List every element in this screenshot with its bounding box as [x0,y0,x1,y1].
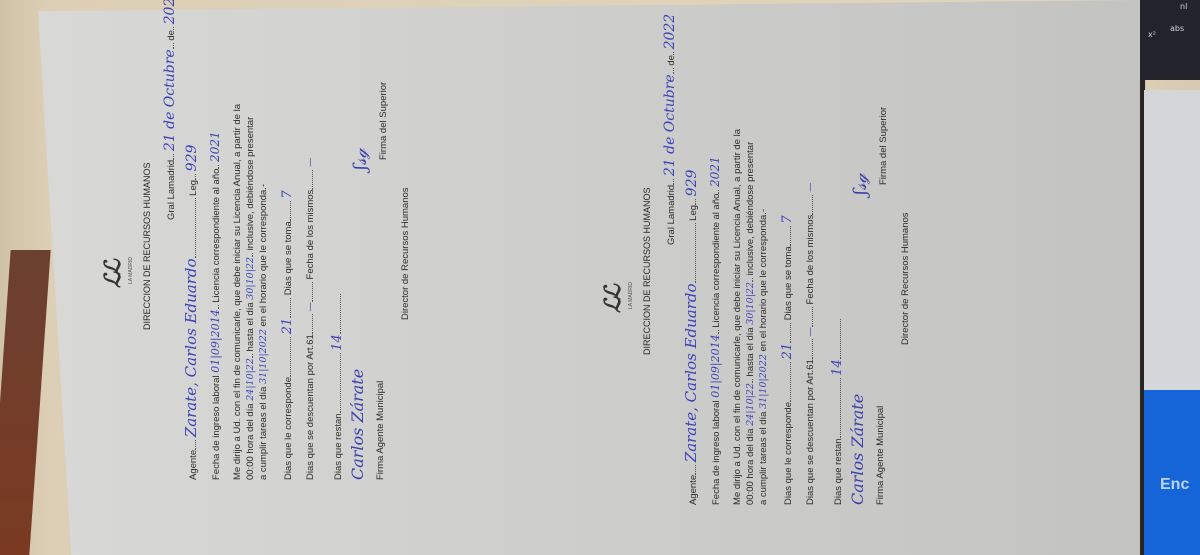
date-value: 21 de Octubre [162,49,178,151]
ingreso-label: Fecha de ingreso laboral [711,400,722,505]
leg-value: 929 [184,145,200,172]
date-line: Gral Lamadrid 21 de Octubre de 2022 [162,0,178,220]
municipal-logo-icon: ℒℒ [600,287,626,313]
dias-corresponde-line: Dias que le corresponde 21 Dias que se t… [780,215,795,505]
firma-superior-label: Firma del Superior [878,107,889,185]
agent-signature: Carlos Zárate [848,394,867,505]
end-date: 30|10|22 [745,282,756,325]
agent-name: Zarate, Carlos Eduardo [682,283,700,462]
ingreso-line: Fecha de ingreso laboral 01|09|2014 Lice… [708,156,722,505]
licencia-label: Licencia correspondiente al año [711,194,722,328]
ingreso-label: Fecha de ingreso laboral [211,375,222,480]
body-line-2: 00:00 hora del día 24|10|22 hasta el día… [745,142,756,505]
year-value: 2022 [162,0,178,24]
licencia-label: Licencia correspondiente al año [211,169,222,303]
form-copy-1: ℒℒ LA MADRID DIRECCION DE RECURSOS HUMAN… [90,50,410,520]
form-header: DIRECCION DE RECURSOS HUMANOS [642,187,652,355]
place-label: Gral Lamadrid [666,185,677,245]
body-text: 00:00 hora del día [745,428,756,505]
agent-label: Agente [188,450,199,480]
device-blue-panel: Enc [1144,390,1200,555]
key-nl: nl [1180,2,1187,11]
ingreso-line: Fecha de ingreso laboral 01|09|2014 Lice… [208,131,222,480]
year-label: de [666,55,677,66]
dias-restan-label: Dias que restan [833,438,844,505]
leg-label: Leg [688,205,699,221]
leg-value: 929 [684,170,700,197]
agent-line: Agente Zarate, Carlos Eduardo Leg 929 [682,170,700,505]
device-keypad: x² abs nl [1140,0,1200,80]
dias-descuentan-value: — [305,302,316,312]
dias-restan-line: Dias que restan 14 [330,294,345,480]
dias-descuentan-line: Dias que se descuentan por Art.61 — Fech… [305,158,316,480]
ingreso-value: 01|09|2014 [209,309,222,372]
dias-descuentan-value: — [805,327,816,337]
dias-corresponde-value: 21 [280,318,295,335]
device-screen-text: Enc [1160,476,1189,494]
return-date: 31|10|2022 [758,354,769,409]
dias-descuentan-line: Dias que se descuentan por Art.61 — Fech… [805,183,816,505]
year-label: de [166,30,177,41]
dias-restan-value: 14 [330,334,345,351]
fecha-mismos-label: Fecha de los mismos [305,190,316,280]
body-text: en el horario que le corresponda.- [758,209,769,352]
fecha-mismos-value: — [805,183,816,193]
superior-signature-icon: ʃ𝓈ℊ [850,174,871,195]
body-text: hasta el día [745,327,756,376]
body-line-3: a cumplir tareas el día 31|10|2022 en el… [758,209,769,505]
superior-signature-icon: ʃ𝓈ℊ [350,149,371,170]
calculator-device: x² abs nl Enc [1140,0,1200,555]
dias-corresponde-label: Dias que le corresponde [283,377,294,480]
director-label: Director de Recursos Humanos [900,212,911,345]
body-text: inclusive, debiéndose presentar [745,142,756,276]
agent-signature: Carlos Zárate [348,369,367,480]
key-abs: abs [1170,24,1184,33]
licencia-year: 2021 [208,131,222,162]
body-text: hasta el día [245,302,256,351]
dias-restan-value: 14 [830,359,845,376]
device-screen [1144,90,1200,390]
body-line-1: Me dirijo a Ud. con el fin de comunicarl… [732,129,743,505]
dias-corresponde-value: 21 [780,343,795,360]
ingreso-value: 01|09|2014 [709,334,722,397]
date-line: Gral Lamadrid 21 de Octubre de 2022 [662,14,678,245]
fecha-mismos-value: — [305,158,316,168]
body-line-2: 00:00 hora del día 24|10|22 hasta el día… [245,117,256,480]
agent-line: Agente Zarate, Carlos Eduardo Leg 929 [182,145,200,480]
body-text: 00:00 hora del día [245,403,256,480]
dias-restan-line: Dias que restan 14 [830,319,845,505]
date-value: 21 de Octubre [662,74,678,176]
firma-agente-label: Firma Agente Municipal [375,381,386,480]
dias-descuentan-label: Dias que se descuentan por Art.61 [805,359,816,505]
body-line-3: a cumplir tareas el día 31|10|2022 en el… [258,184,269,480]
start-date: 24|10|22 [745,383,756,426]
key-x-squared: x² [1148,30,1156,39]
place-label: Gral Lamadrid [166,160,177,220]
body-text: inclusive, debiéndose presentar [245,117,256,251]
dias-toma-label: Dias que se toma [783,246,794,320]
agent-label: Agente [688,475,699,505]
firma-superior-label: Firma del Superior [378,82,389,160]
firma-agente-label: Firma Agente Municipal [875,406,886,505]
year-value: 2022 [662,14,678,50]
leg-label: Leg [188,180,199,196]
return-date: 31|10|2022 [258,329,269,384]
dias-toma-label: Dias que se toma [283,221,294,295]
form-copy-2: ℒℒ LA MADRID DIRECCION DE RECURSOS HUMAN… [590,75,910,545]
start-date: 24|10|22 [245,358,256,401]
dias-corresponde-label: Dias que le corresponde [783,402,794,505]
dias-toma-value: 7 [780,215,795,223]
dias-toma-value: 7 [280,190,295,198]
fecha-mismos-label: Fecha de los mismos [805,215,816,305]
municipal-logo-icon: ℒℒ [100,262,126,288]
body-line-1: Me dirijo a Ud. con el fin de comunicarl… [232,104,243,480]
body-text: a cumplir tareas el día [758,412,769,505]
licencia-year: 2021 [708,156,722,187]
dias-descuentan-label: Dias que se descuentan por Art.61 [305,334,316,480]
dias-corresponde-line: Dias que le corresponde 21 Dias que se t… [280,190,295,480]
form-header: DIRECCION DE RECURSOS HUMANOS [142,162,152,330]
body-text: a cumplir tareas el día [258,387,269,480]
dias-restan-label: Dias que restan [333,413,344,480]
end-date: 30|10|22 [245,257,256,300]
director-label: Director de Recursos Humanos [400,187,411,320]
body-text: en el horario que le corresponda.- [258,184,269,327]
agent-name: Zarate, Carlos Eduardo [182,258,200,437]
logo-text: LA MADRID [128,257,134,284]
logo-text: LA MADRID [628,282,634,309]
